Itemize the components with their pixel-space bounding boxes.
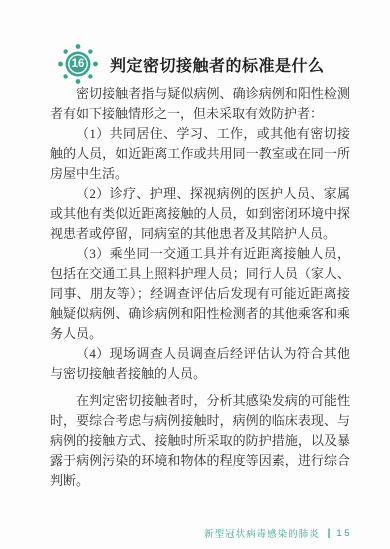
body-paragraph: （1）共同居住、学习、工作，或其他有密切接触的人员，如近距离工作或共用同一教室或…	[50, 124, 350, 184]
body-text: 密切接触者指与疑似病例、确诊病例和阳性检测者有如下接触情形之一，但未采取有效防护…	[50, 84, 350, 491]
section-header: 16 判定密切接触者的标准是什么	[56, 42, 325, 86]
body-paragraph: （3）乘坐同一交通工具并有近距离接触人员，包括在交通工具上照料护理人员；同行人员…	[50, 244, 350, 344]
body-paragraph: （2）诊疗、护理、探视病例的医护人员、家属或其他有类似近距离接触的人员，如到密闭…	[50, 184, 350, 244]
document-page: 16 判定密切接触者的标准是什么 密切接触者指与疑似病例、确诊病例和阳性检测者有…	[0, 0, 390, 549]
page-footer: 新型冠状病毒感染的肺炎 | 15	[204, 526, 352, 540]
body-paragraph: 密切接触者指与疑似病例、确诊病例和阳性检测者有如下接触情形之一，但未采取有效防护…	[50, 84, 350, 124]
virus-badge-icon: 16	[56, 42, 100, 86]
badge-number: 16	[72, 58, 85, 70]
page-number: 15	[336, 528, 352, 539]
footer-book-title: 新型冠状病毒感染的肺炎	[204, 526, 320, 540]
section-title: 判定密切接触者的标准是什么	[110, 53, 325, 76]
footer-separator: |	[328, 528, 332, 539]
body-paragraph: （4）现场调查人员调查后经评估认为符合其他与密切接触者接触的人员。	[50, 344, 350, 384]
body-paragraph: 在判定密切接触者时，分析其感染发病的可能性时，要综合考虑与病例接触时，病例的临床…	[50, 391, 350, 491]
